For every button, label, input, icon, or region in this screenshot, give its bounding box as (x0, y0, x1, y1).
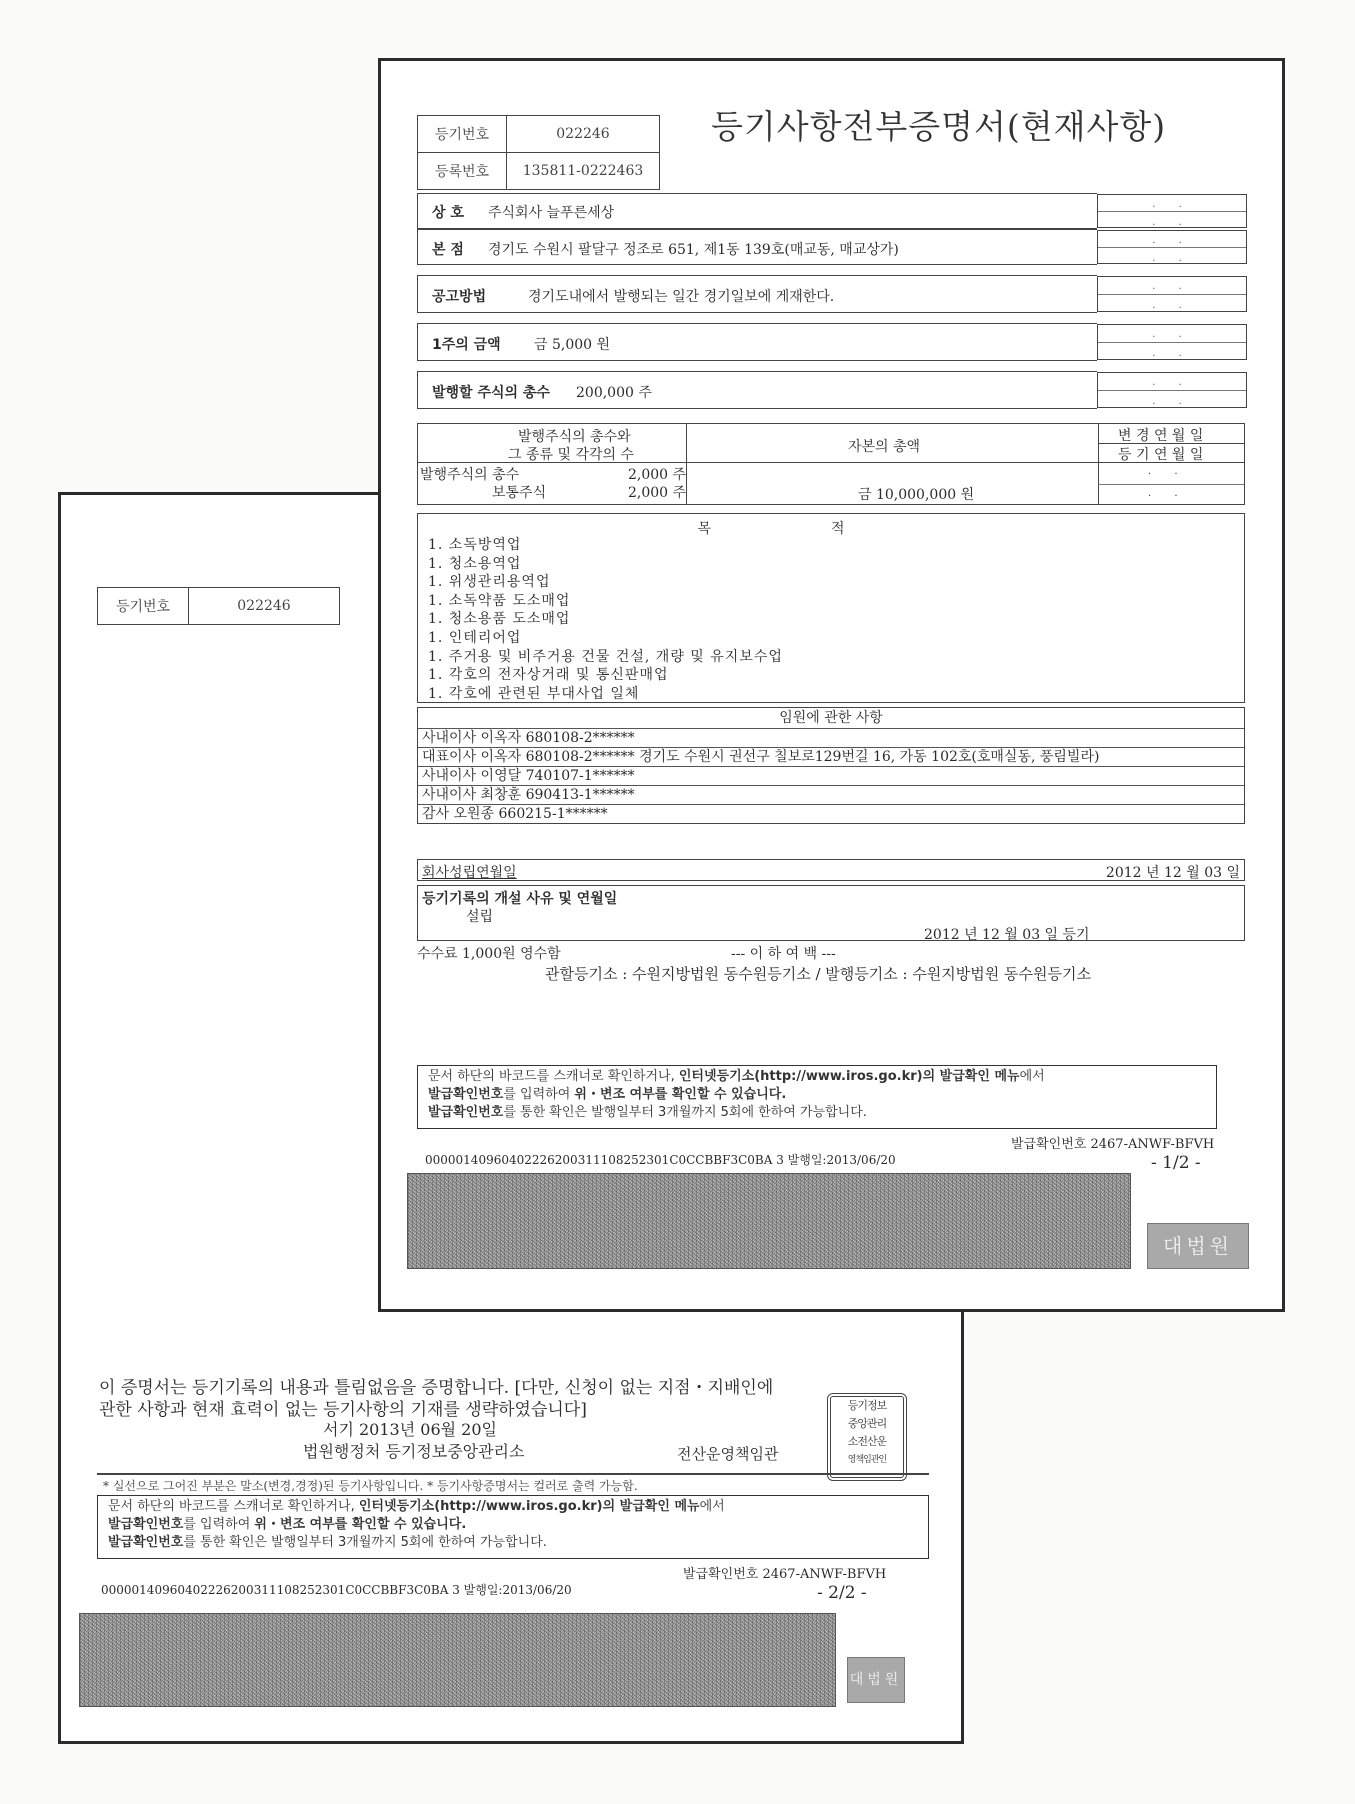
purpose-list: 1. 소독방역업1. 청소용역업1. 위생관리용역업1. 소독약품 도소매업1.… (428, 536, 783, 703)
company-name-row: 상 호 주식회사 늘푸른세상 . .. . (417, 193, 1097, 229)
opening-date: 2012 년 12 월 03 일 등기 (924, 924, 1090, 944)
officer-entry: 사내이사 최창훈 690413-1****** (418, 785, 1244, 804)
total-capital: 금 10,000,000 원 (858, 484, 974, 504)
head-office-address: 경기도 수원시 팔달구 정조로 651, 제1동 139호(매교동, 매교상가) (488, 239, 899, 259)
change-date-cell: . .. . (1097, 194, 1247, 228)
purpose-item: 1. 각호의 전자상거래 및 통신판매업 (428, 666, 783, 685)
enrollment-no-label: 등록번호 (418, 153, 507, 190)
par-value: 금 5,000 원 (534, 334, 610, 354)
enrollment-no-value: 135811-0222463 (507, 153, 660, 190)
page-number: - 2/2 - (817, 1583, 867, 1603)
establishment-date: 2012 년 12 월 03 일 (1106, 862, 1240, 882)
common-shares: 2,000 주 (628, 482, 686, 502)
certification-date: 서기 2013년 06월 20일 (323, 1417, 497, 1440)
issuing-authority: 법원행정처 등기정보중앙관리소 (303, 1439, 524, 1462)
verification-notice: 문서 하단의 바코드를 스캐너로 확인하거나, 인터넷등기소(http://ww… (417, 1065, 1217, 1129)
document-code: 00000140960402226200311108252301C0CCBBF3… (425, 1151, 896, 1168)
purpose-item: 1. 소독약품 도소매업 (428, 592, 783, 611)
issue-confirmation-number: 발급확인번호 2467-ANWF-BFVH (1011, 1133, 1214, 1152)
head-office-row: 본 점 경기도 수원시 팔달구 정조로 651, 제1동 139호(매교동, 매… (417, 229, 1097, 265)
footnote: * 실선으로 그어진 부분은 말소(변경,경정)된 등기사항입니다. * 등기사… (103, 1477, 638, 1494)
purpose-item: 1. 주거용 및 비주거용 건물 건설, 개량 및 유지보수업 (428, 648, 783, 667)
purpose-item: 1. 위생관리용역업 (428, 573, 783, 592)
public-notice-method-row: 공고방법 경기도내에서 발행되는 일간 경기일보에 게재한다. . .. . (417, 275, 1097, 313)
registration-number-table: 등기번호 022246 (97, 587, 340, 625)
page-number: - 1/2 - (1151, 1153, 1201, 1173)
officer-entry: 사내이사 이옥자 680108-2****** (418, 728, 1244, 747)
change-date-cell: . .. . (1097, 276, 1247, 312)
total-issued-shares: 2,000 주 (628, 464, 686, 484)
supreme-court-logo: 대법원 (847, 1657, 905, 1703)
registration-no-label: 등기번호 (98, 588, 189, 625)
officer-entry: 사내이사 이영달 740107-1****** (418, 766, 1244, 785)
business-purpose-section: 목적 1. 소독방역업1. 청소용역업1. 위생관리용역업1. 소독약품 도소매… (417, 513, 1245, 703)
barcode (407, 1173, 1131, 1269)
change-date-cell: . .. . (1097, 230, 1247, 264)
registration-header-table: 등기번호 022246 등록번호 135811-0222463 (417, 115, 660, 190)
change-date-cell: . .. . (1097, 324, 1247, 360)
fee-receipt: 수수료 1,000원 영수함 (417, 943, 561, 963)
registration-no-label: 등기번호 (418, 116, 507, 153)
registration-no-value: 022246 (507, 116, 660, 153)
par-value-row: 1주의 금액 금 5,000 원 . .. . (417, 323, 1097, 361)
authorized-shares: 200,000 주 (576, 382, 652, 402)
purpose-item: 1. 소독방역업 (428, 536, 783, 555)
registry-office: 관할등기소 : 수원지방법원 동수원등기소 / 발행등기소 : 수원지방법원 동… (545, 963, 1091, 984)
divider (97, 1473, 929, 1475)
officers-section: 임원에 관한 사항 사내이사 이옥자 680108-2******대표이사 이옥… (417, 707, 1245, 824)
purpose-item: 1. 청소용역업 (428, 555, 783, 574)
change-date-cell: . .. . (1097, 372, 1247, 408)
establishment-date-row: 회사성립연월일 2012 년 12 월 03 일 (417, 859, 1245, 881)
authorized-shares-row: 발행할 주식의 총수 200,000 주 . .. . (417, 371, 1097, 409)
blank-below-marker: --- 이 하 여 백 --- (731, 943, 836, 963)
supreme-court-logo: 대법원 (1147, 1223, 1249, 1269)
registration-no-value: 022246 (189, 588, 340, 625)
officer-entry: 감사 오원종 660215-1****** (418, 804, 1244, 823)
issue-confirmation-number: 발급확인번호 2467-ANWF-BFVH (683, 1563, 886, 1582)
purpose-item: 1. 청소용품 도소매업 (428, 610, 783, 629)
barcode (79, 1613, 836, 1707)
responsible-officer: 전산운영책임관 (677, 1443, 778, 1464)
purpose-item: 1. 인테리어업 (428, 629, 783, 648)
opening-reason: 설립 (466, 906, 493, 926)
public-notice-method: 경기도내에서 발행되는 일간 경기일보에 게재한다. (528, 286, 834, 306)
record-opening-row: 등기기록의 개설 사유 및 연월일 설립 2012 년 12 월 03 일 등기 (417, 885, 1245, 941)
verification-notice: 문서 하단의 바코드를 스캐너로 확인하거나, 인터넷등기소(http://ww… (97, 1495, 929, 1559)
certificate-page-1: 등기사항전부증명서(현재사항) 등기번호 022246 등록번호 135811-… (378, 58, 1285, 1312)
company-name: 주식회사 늘푸른세상 (488, 202, 614, 222)
document-code: 00000140960402226200311108252301C0CCBBF3… (101, 1581, 572, 1598)
officer-entry: 대표이사 이옥자 680108-2****** 경기도 수원시 권선구 칠보로1… (418, 747, 1244, 766)
purpose-item: 1. 각호에 관련된 부대사업 일체 (428, 685, 783, 704)
shares-capital-table: 발행주식의 총수와 그 종류 및 각각의 수 자본의 총액 변 경 연 월 일 … (417, 423, 1245, 505)
official-seal-icon: 등기정보 중앙관리 소전산운 영책임관인 (827, 1393, 907, 1481)
document-title: 등기사항전부증명서(현재사항) (711, 101, 1166, 148)
